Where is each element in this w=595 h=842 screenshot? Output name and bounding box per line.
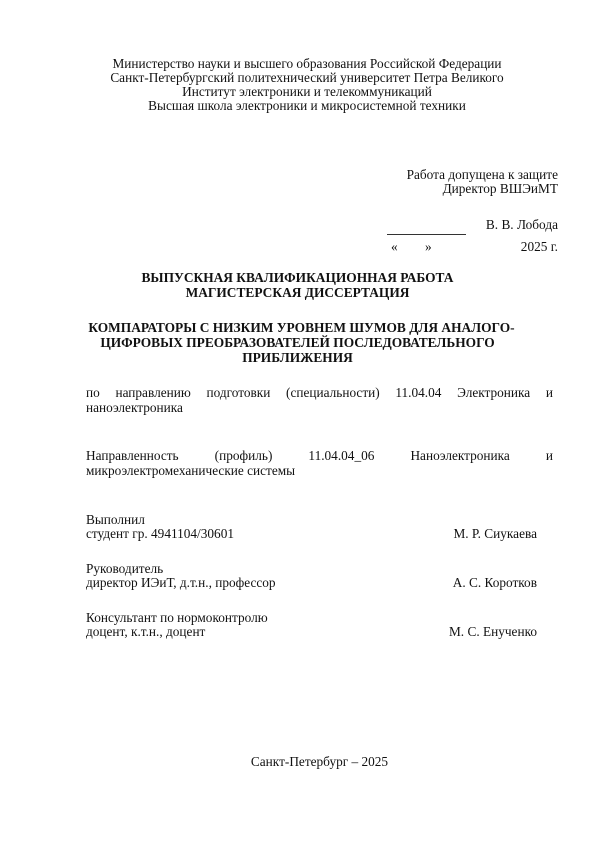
signature-role: Руководитель <box>86 562 537 576</box>
approval-admitted: Работа допущена к защите <box>407 168 558 182</box>
work-type-line2: МАГИСТЕРСКАЯ ДИССЕРТАЦИЯ <box>0 286 595 300</box>
approval-director: Директор ВШЭиМТ <box>443 182 558 196</box>
signature-block-supervisor: Руководитель директор ИЭиТ, д.т.н., проф… <box>86 562 537 590</box>
university-line: Санкт-Петербургский политехнический унив… <box>0 71 595 85</box>
signature-name: М. С. Енученко <box>449 625 537 639</box>
thesis-title-line3: ПРИБЛИЖЕНИЯ <box>0 351 595 365</box>
signature-name: А. С. Коротков <box>453 576 537 590</box>
footer-city-year: Санкт-Петербург – 2025 <box>22 755 595 769</box>
approval-signatory: В. В. Лобода <box>486 218 558 232</box>
signature-role: Консультант по нормоконтролю <box>86 611 537 625</box>
signature-role: Выполнил <box>86 513 537 527</box>
ministry-line: Министерство науки и высшего образования… <box>0 57 595 71</box>
thesis-title-line2: ЦИФРОВЫХ ПРЕОБРАЗОВАТЕЛЕЙ ПОСЛЕДОВАТЕЛЬН… <box>0 336 595 350</box>
signature-name: М. Р. Сиукаева <box>453 527 537 541</box>
title-page: Министерство науки и высшего образования… <box>0 0 595 842</box>
signature-block-normcontrol: Консультант по нормоконтролю доцент, к.т… <box>86 611 537 639</box>
institute-line: Институт электроники и телекоммуникаций <box>0 85 595 99</box>
profile-line2: микроэлектромеханические системы <box>86 464 295 478</box>
signature-line <box>387 234 466 235</box>
signature-block-author: Выполнил студент гр. 4941104/30601 М. Р.… <box>86 513 537 541</box>
date-close-quote: » <box>425 240 432 254</box>
work-type-line1: ВЫПУСКНАЯ КВАЛИФИКАЦИОННАЯ РАБОТА <box>0 271 595 285</box>
direction-line2: наноэлектроника <box>86 401 183 415</box>
profile-line1: Направленность (профиль) 11.04.04_06 Нан… <box>86 449 553 463</box>
approval-year: 2025 г. <box>521 240 558 254</box>
thesis-title-line1: КОМПАРАТОРЫ С НИЗКИМ УРОВНЕМ ШУМОВ ДЛЯ А… <box>4 321 595 335</box>
school-line: Высшая школа электроники и микросистемно… <box>0 99 595 113</box>
direction-line1: по направлению подготовки (специальности… <box>86 386 553 400</box>
date-open-quote: « <box>391 240 398 254</box>
